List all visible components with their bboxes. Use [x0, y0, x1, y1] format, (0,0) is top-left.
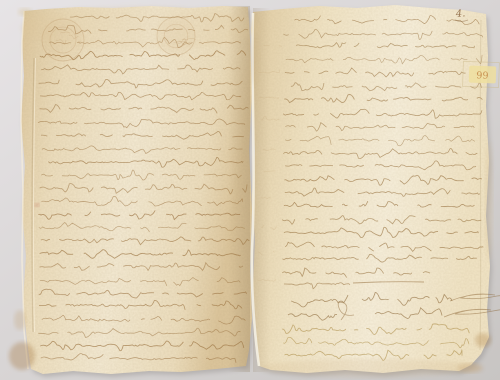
manuscript-photo: 4. 99 [0, 0, 500, 380]
manuscript-scene: 4. 99 [0, 0, 500, 380]
right-page: 4. 99 [251, 5, 500, 373]
left-page [21, 6, 252, 374]
sticker-number: 99 [476, 70, 488, 81]
folio-number: 4. [454, 8, 465, 20]
